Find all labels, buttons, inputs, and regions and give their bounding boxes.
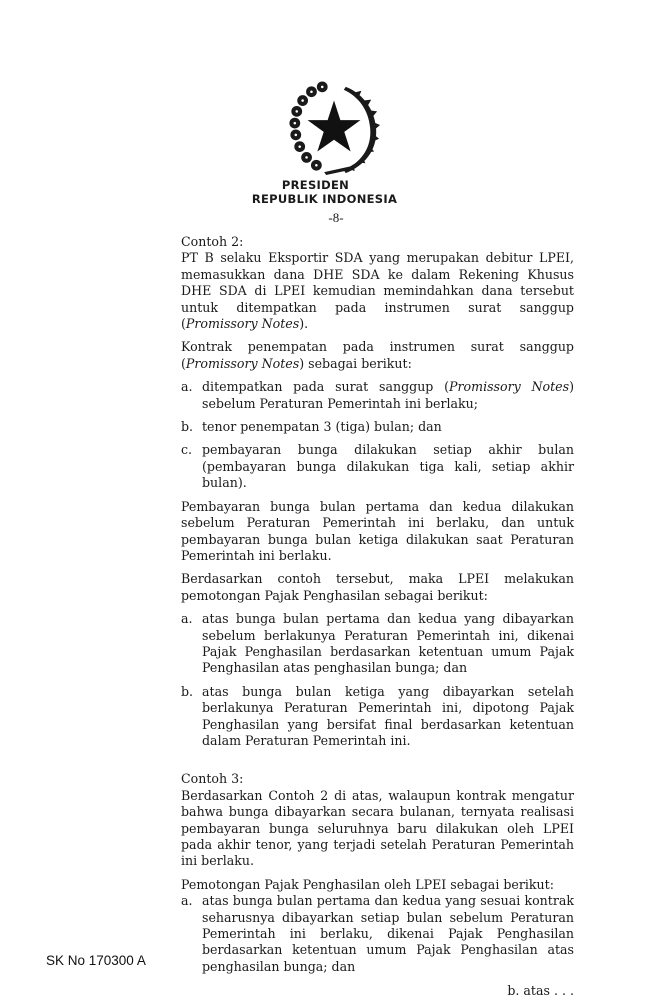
contoh-3-intro: Berdasarkan Contoh 2 di atas, walaupun k… bbox=[181, 788, 574, 870]
continuation-marker: b. atas . . . bbox=[181, 983, 574, 999]
berdasarkan-paragraph: Berdasarkan contoh tersebut, maka LPEI m… bbox=[181, 571, 574, 604]
pembayaran-paragraph: Pembayaran bunga bulan pertama dan kedua… bbox=[181, 499, 574, 565]
kontrak-item-a: a. ditempatkan pada surat sanggup (Promi… bbox=[181, 379, 574, 412]
potongan-item-b: b. atas bunga bulan ketiga yang dibayark… bbox=[181, 684, 574, 750]
document-body: Contoh 2: PT B selaku Eksportir SDA yang… bbox=[181, 234, 574, 1000]
kontrak-item-c: c. pembayaran bunga dilakukan setiap akh… bbox=[181, 442, 574, 491]
kontrak-item-b: b. tenor penempatan 3 (tiga) bulan; dan bbox=[181, 419, 574, 435]
kontrak-paragraph: Kontrak penempatan pada instrumen surat … bbox=[181, 339, 574, 372]
pemotongan-paragraph: Pemotongan Pajak Penghasilan oleh LPEI s… bbox=[181, 877, 574, 893]
state-emblem-icon bbox=[285, 78, 383, 178]
header-presiden: PRESIDEN bbox=[0, 178, 641, 192]
contoh-3-item-a: a. atas bunga bulan pertama dan kedua ya… bbox=[181, 893, 574, 975]
contoh-2-title: Contoh 2: bbox=[181, 234, 574, 250]
contoh-3-title: Contoh 3: bbox=[181, 771, 574, 787]
page-number: -8- bbox=[0, 210, 651, 226]
document-code: SK No 170300 A bbox=[46, 953, 146, 968]
contoh-2-intro: PT B selaku Eksportir SDA yang merupakan… bbox=[181, 250, 574, 332]
header-republik-indonesia: REPUBLIK INDONESIA bbox=[0, 192, 650, 206]
potongan-item-a: a. atas bunga bulan pertama dan kedua ya… bbox=[181, 611, 574, 677]
